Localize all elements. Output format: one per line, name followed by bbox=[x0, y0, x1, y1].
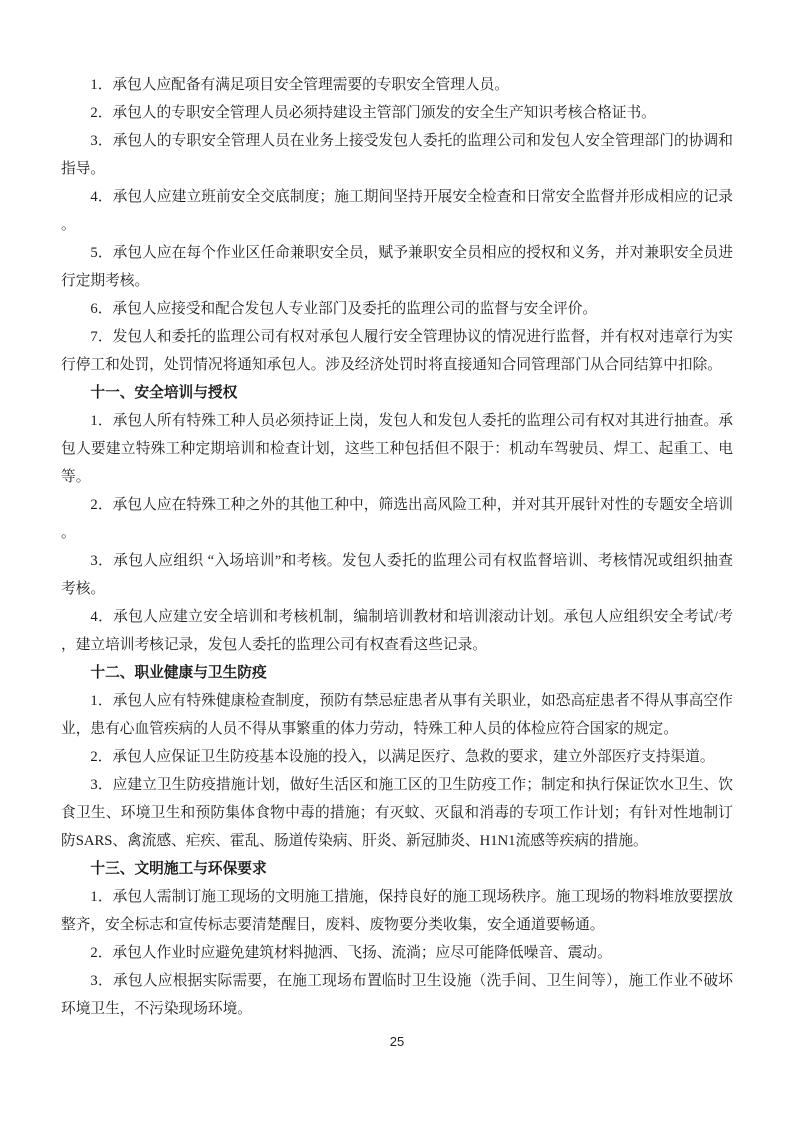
document-page: 1．承包人应配备有满足项目安全管理需要的专职安全管理人员。2．承包人的专职安全管… bbox=[0, 0, 794, 1122]
text-line: 4．承包人应建立安全培训和考核机制，编制培训教材和培训滚动计划。承包人应组织安全… bbox=[61, 603, 733, 631]
text-line: 包人要建立特殊工种定期培训和检查计划，这些工种包括但不限于：机动车驾驶员、焊工、… bbox=[61, 435, 733, 463]
text-line: 5．承包人应在每个作业区任命兼职安全员，赋予兼职安全员相应的授权和义务，并对兼职… bbox=[61, 239, 733, 267]
text-line: 1．承包人所有特殊工种人员必须持证上岗，发包人和发包人委托的监理公司有权对其进行… bbox=[61, 407, 733, 435]
paragraph: 1．承包人应配备有满足项目安全管理需要的专职安全管理人员。 bbox=[61, 71, 733, 99]
text-line: 1．承包人需制订施工现场的文明施工措施，保持良好的施工现场秩序。施工现场的物料堆… bbox=[61, 883, 733, 911]
text-line: 环境卫生，不污染现场环境。 bbox=[61, 995, 733, 1023]
paragraph: 1．承包人所有特殊工种人员必须持证上岗，发包人和发包人委托的监理公司有权对其进行… bbox=[61, 407, 733, 491]
section-heading: 十一、安全培训与授权 bbox=[61, 379, 733, 407]
text-line: 等。 bbox=[61, 463, 733, 491]
text-line: 6．承包人应接受和配合发包人专业部门及委托的监理公司的监督与安全评价。 bbox=[61, 295, 733, 323]
text-line: 行停工和处罚，处罚情况将通知承包人。涉及经济处罚时将直接通知合同管理部门从合同结… bbox=[61, 351, 733, 379]
text-line: 3．承包人应根据实际需要，在施工现场布置临时卫生设施（洗手间、卫生间等），施工作… bbox=[61, 967, 733, 995]
text-line: 整齐，安全标志和宣传标志要清楚醒目，废料、废物要分类收集，安全通道要畅通。 bbox=[61, 911, 733, 939]
text-line: 食卫生、环境卫生和预防集体食物中毒的措施；有灭蚊、灭鼠和消毒的专项工作计划；有针… bbox=[61, 799, 733, 827]
paragraph: 6．承包人应接受和配合发包人专业部门及委托的监理公司的监督与安全评价。 bbox=[61, 295, 733, 323]
paragraph: 2．承包人应保证卫生防疫基本设施的投入，以满足医疗、急救的要求，建立外部医疗支持… bbox=[61, 743, 733, 771]
text-line: ，建立培训考核记录，发包人委托的监理公司有权查看这些记录。 bbox=[61, 631, 733, 659]
text-line: 指导。 bbox=[61, 155, 733, 183]
section-heading: 十二、职业健康与卫生防疫 bbox=[61, 659, 733, 687]
paragraph: 4．承包人应建立安全培训和考核机制，编制培训教材和培训滚动计划。承包人应组织安全… bbox=[61, 603, 733, 659]
paragraph: 4．承包人应建立班前安全交底制度；施工期间坚持开展安全检查和日常安全监督并形成相… bbox=[61, 183, 733, 239]
text-line: 考核。 bbox=[61, 575, 733, 603]
paragraph: 2．承包人应在特殊工种之外的其他工种中，筛选出高风险工种，并对其开展针对性的专题… bbox=[61, 491, 733, 547]
paragraph: 3．承包人应根据实际需要，在施工现场布置临时卫生设施（洗手间、卫生间等），施工作… bbox=[61, 967, 733, 1023]
text-line: 。 bbox=[61, 519, 733, 547]
text-line: 4．承包人应建立班前安全交底制度；施工期间坚持开展安全检查和日常安全监督并形成相… bbox=[61, 183, 733, 211]
text-line: 3．应建立卫生防疫措施计划，做好生活区和施工区的卫生防疫工作；制定和执行保证饮水… bbox=[61, 771, 733, 799]
text-line: 1．承包人应配备有满足项目安全管理需要的专职安全管理人员。 bbox=[61, 71, 733, 99]
text-line: 业，患有心血管疾病的人员不得从事繁重的体力劳动，特殊工种人员的体检应符合国家的规… bbox=[61, 715, 733, 743]
text-line: 。 bbox=[61, 211, 733, 239]
text-line: 行定期考核。 bbox=[61, 267, 733, 295]
paragraph: 1．承包人需制订施工现场的文明施工措施，保持良好的施工现场秩序。施工现场的物料堆… bbox=[61, 883, 733, 939]
text-line: 2．承包人的专职安全管理人员必须持建设主管部门颁发的安全生产知识考核合格证书。 bbox=[61, 99, 733, 127]
text-line: 2．承包人作业时应避免建筑材料抛洒、飞扬、流淌；应尽可能降低噪音、震动。 bbox=[61, 939, 733, 967]
paragraph: 3．承包人应组织 “入场培训”和考核。发包人委托的监理公司有权监督培训、考核情况… bbox=[61, 547, 733, 603]
paragraph: 2．承包人的专职安全管理人员必须持建设主管部门颁发的安全生产知识考核合格证书。 bbox=[61, 99, 733, 127]
paragraph: 7．发包人和委托的监理公司有权对承包人履行安全管理协议的情况进行监督，并有权对违… bbox=[61, 323, 733, 379]
paragraph: 3．应建立卫生防疫措施计划，做好生活区和施工区的卫生防疫工作；制定和执行保证饮水… bbox=[61, 771, 733, 855]
text-line: 2．承包人应在特殊工种之外的其他工种中，筛选出高风险工种，并对其开展针对性的专题… bbox=[61, 491, 733, 519]
document-body: 1．承包人应配备有满足项目安全管理需要的专职安全管理人员。2．承包人的专职安全管… bbox=[61, 71, 733, 1023]
text-line: 7．发包人和委托的监理公司有权对承包人履行安全管理协议的情况进行监督，并有权对违… bbox=[61, 323, 733, 351]
section-heading: 十三、文明施工与环保要求 bbox=[61, 855, 733, 883]
page-number: 25 bbox=[0, 1034, 794, 1049]
text-line: 1．承包人应有特殊健康检查制度，预防有禁忌症患者从事有关职业，如恐高症患者不得从… bbox=[61, 687, 733, 715]
paragraph: 5．承包人应在每个作业区任命兼职安全员，赋予兼职安全员相应的授权和义务，并对兼职… bbox=[61, 239, 733, 295]
text-line: 3．承包人应组织 “入场培训”和考核。发包人委托的监理公司有权监督培训、考核情况… bbox=[61, 547, 733, 575]
paragraph: 1．承包人应有特殊健康检查制度，预防有禁忌症患者从事有关职业，如恐高症患者不得从… bbox=[61, 687, 733, 743]
text-line: 2．承包人应保证卫生防疫基本设施的投入，以满足医疗、急救的要求，建立外部医疗支持… bbox=[61, 743, 733, 771]
paragraph: 2．承包人作业时应避免建筑材料抛洒、飞扬、流淌；应尽可能降低噪音、震动。 bbox=[61, 939, 733, 967]
text-line: 防SARS、禽流感、疟疾、霍乱、肠道传染病、肝炎、新冠肺炎、H1N1流感等疾病的… bbox=[61, 827, 733, 855]
paragraph: 3．承包人的专职安全管理人员在业务上接受发包人委托的监理公司和发包人安全管理部门… bbox=[61, 127, 733, 183]
text-line: 3．承包人的专职安全管理人员在业务上接受发包人委托的监理公司和发包人安全管理部门… bbox=[61, 127, 733, 155]
